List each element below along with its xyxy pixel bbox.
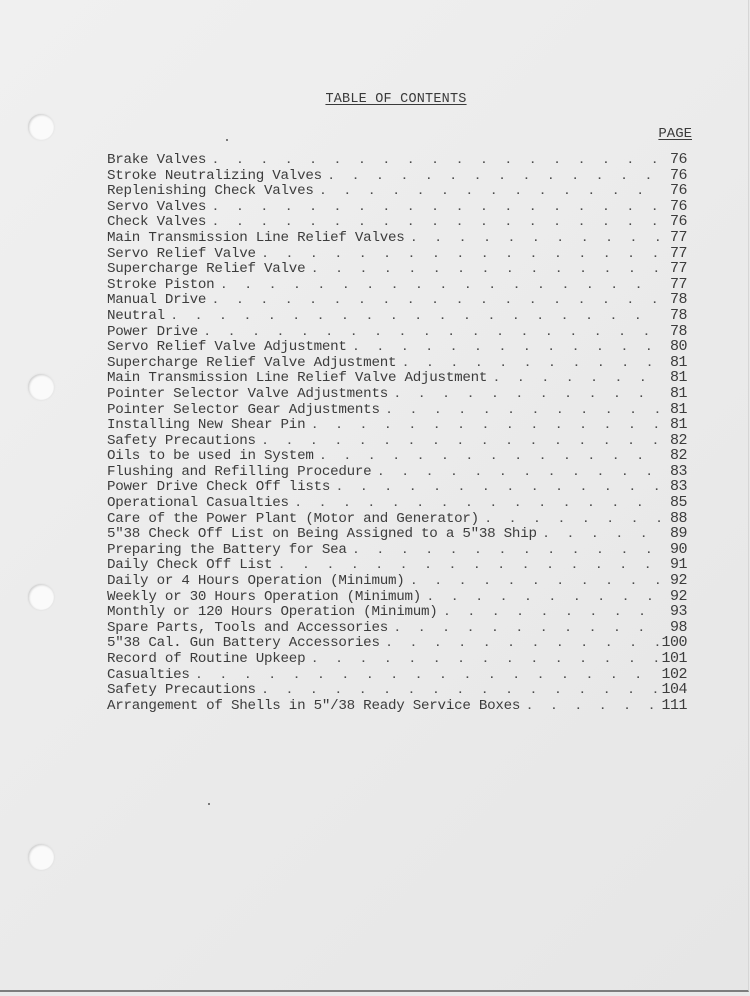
page-title: TABLE OF CONTENTS <box>0 92 750 107</box>
page-column-header: PAGE <box>658 126 692 142</box>
toc-entry-label: Stroke Piston <box>107 278 214 294</box>
dot-leader <box>380 404 661 420</box>
toc-entry-label: Flushing and Refilling Procedure <box>107 465 371 481</box>
toc-entry: Record of Routine Upkeep101 <box>107 651 687 667</box>
dot-leader <box>537 528 661 544</box>
toc-entry-page-number: 80 <box>661 339 687 355</box>
document-page: TABLE OF CONTENTS PAGE Brake Valves76Str… <box>0 0 749 992</box>
dot-leader <box>405 232 662 248</box>
toc-entry-label: Servo Valves <box>107 200 206 216</box>
toc-entry-label: Casualties <box>107 668 190 684</box>
toc-entry: Replenishing Check Valves76 <box>107 183 687 199</box>
toc-entry-label: 5"38 Cal. Gun Battery Accessories <box>107 636 380 652</box>
toc-entry-label: Care of the Power Plant (Motor and Gener… <box>107 512 479 528</box>
toc-entry-label: Manual Drive <box>107 293 206 309</box>
toc-entry: Stroke Piston77 <box>107 277 687 293</box>
toc-entry: Manual Drive78 <box>107 292 687 308</box>
dot-leader <box>322 170 661 186</box>
toc-entry: Supercharge Relief Valve77 <box>107 261 687 277</box>
dot-leader <box>314 185 661 201</box>
toc-entry-label: Main Transmission Line Relief Valves <box>107 231 405 247</box>
toc-entry-page-number: 104 <box>661 682 687 698</box>
dot-leader <box>520 700 661 716</box>
paper-speck <box>208 803 210 805</box>
toc-entry-page-number: 81 <box>661 417 687 433</box>
toc-entry-page-number: 78 <box>661 308 687 324</box>
toc-entry: Spare Parts, Tools and Accessories98 <box>107 620 687 636</box>
toc-entry-page-number: 90 <box>661 542 687 558</box>
dot-leader <box>256 248 661 264</box>
toc-entry-page-number: 82 <box>661 433 687 449</box>
toc-entry-page-number: 81 <box>661 355 687 371</box>
toc-entry-page-number: 88 <box>661 511 687 527</box>
toc-entry: Neutral78 <box>107 308 687 324</box>
dot-leader <box>330 481 661 497</box>
toc-entry-page-number: 83 <box>661 464 687 480</box>
dot-leader <box>438 606 661 622</box>
toc-entry-label: Servo Relief Valve Adjustment <box>107 340 347 356</box>
toc-entry-label: Operational Casualties <box>107 496 289 512</box>
dot-leader <box>380 637 661 653</box>
dot-leader <box>421 591 661 607</box>
dot-leader <box>214 279 661 295</box>
toc-entry-page-number: 78 <box>661 324 687 340</box>
toc-entry-label: Supercharge Relief Valve Adjustment <box>107 356 396 372</box>
toc-entry-label: Safety Precautions <box>107 683 256 699</box>
toc-entry: Servo Valves76 <box>107 199 687 215</box>
toc-entry: Check Valves76 <box>107 214 687 230</box>
toc-entry: Safety Precautions82 <box>107 433 687 449</box>
toc-entry-label: Weekly or 30 Hours Operation (Minimum) <box>107 590 421 606</box>
toc-entry-page-number: 81 <box>661 402 687 418</box>
toc-entry-page-number: 81 <box>661 370 687 386</box>
toc-entry-page-number: 91 <box>661 557 687 573</box>
toc-entry-label: Installing New Shear Pin <box>107 418 305 434</box>
toc-entry-page-number: 76 <box>661 152 687 168</box>
toc-entry-page-number: 77 <box>661 246 687 262</box>
binder-hole <box>28 844 54 870</box>
toc-entry-label: Replenishing Check Valves <box>107 184 314 200</box>
toc-entry-label: Neutral <box>107 309 165 325</box>
toc-entry-label: Safety Precautions <box>107 434 256 450</box>
toc-entry: Power Drive Check Off lists83 <box>107 479 687 495</box>
toc-entry: Main Transmission Line Relief Valves77 <box>107 230 687 246</box>
toc-entry-label: Pointer Selector Gear Adjustments <box>107 403 380 419</box>
toc-entry-page-number: 78 <box>661 292 687 308</box>
toc-entry: Daily Check Off List91 <box>107 557 687 573</box>
dot-leader <box>388 388 661 404</box>
toc-entry-page-number: 98 <box>661 620 687 636</box>
toc-entry-page-number: 76 <box>661 183 687 199</box>
toc-entry: 5"38 Check Off List on Being Assigned to… <box>107 526 687 542</box>
toc-entry: Main Transmission Line Relief Valve Adju… <box>107 370 687 386</box>
paper-speck <box>226 139 228 141</box>
toc-entry: Oils to be used in System82 <box>107 448 687 464</box>
toc-entry-page-number: 102 <box>661 667 687 683</box>
binder-hole <box>28 584 54 610</box>
dot-leader <box>305 419 661 435</box>
toc-entry-label: Power Drive <box>107 325 198 341</box>
toc-entry: Power Drive78 <box>107 324 687 340</box>
toc-entry-page-number: 101 <box>661 651 687 667</box>
toc-entry-page-number: 83 <box>661 479 687 495</box>
binder-hole <box>28 374 54 400</box>
toc-entry-label: Preparing the Battery for Sea <box>107 543 347 559</box>
toc-entry: Daily or 4 Hours Operation (Minimum)92 <box>107 573 687 589</box>
toc-entry-page-number: 89 <box>661 526 687 542</box>
toc-entry-page-number: 76 <box>661 199 687 215</box>
toc-entry: Safety Precautions104 <box>107 682 687 698</box>
toc-entry-page-number: 93 <box>661 604 687 620</box>
toc-entry: Servo Relief Valve77 <box>107 246 687 262</box>
toc-entry-page-number: 111 <box>661 698 687 714</box>
toc-entry-label: Pointer Selector Valve Adjustments <box>107 387 388 403</box>
toc-entry: Casualties102 <box>107 667 687 683</box>
toc-entry-page-number: 76 <box>661 168 687 184</box>
toc-entry-label: Check Valves <box>107 215 206 231</box>
toc-entry-label: 5"38 Check Off List on Being Assigned to… <box>107 527 537 543</box>
toc-entry-label: Monthly or 120 Hours Operation (Minimum) <box>107 605 438 621</box>
toc-entry: Operational Casualties85 <box>107 495 687 511</box>
toc-entry-label: Oils to be used in System <box>107 449 314 465</box>
toc-entry-page-number: 77 <box>661 261 687 277</box>
toc-entry: Arrangement of Shells in 5"/38 Ready Ser… <box>107 698 687 714</box>
dot-leader <box>305 653 661 669</box>
dot-leader <box>206 294 661 310</box>
toc-entry: Preparing the Battery for Sea90 <box>107 542 687 558</box>
toc-entry-page-number: 92 <box>661 589 687 605</box>
toc-entry-label: Supercharge Relief Valve <box>107 262 305 278</box>
dot-leader <box>190 669 661 685</box>
toc-entry: Installing New Shear Pin81 <box>107 417 687 433</box>
toc-entry-page-number: 100 <box>661 635 687 651</box>
toc-entry: Pointer Selector Valve Adjustments81 <box>107 386 687 402</box>
toc-entry: Flushing and Refilling Procedure83 <box>107 464 687 480</box>
toc-entry-label: Daily or 4 Hours Operation (Minimum) <box>107 574 405 590</box>
toc-entry-label: Brake Valves <box>107 153 206 169</box>
toc-entry: Servo Relief Valve Adjustment80 <box>107 339 687 355</box>
toc-entry: Care of the Power Plant (Motor and Gener… <box>107 511 687 527</box>
toc-entry-label: Daily Check Off List <box>107 558 272 574</box>
toc-entry-page-number: 77 <box>661 277 687 293</box>
dot-leader <box>371 466 661 482</box>
dot-leader <box>256 435 661 451</box>
dot-leader <box>405 575 662 591</box>
dot-leader <box>305 263 661 279</box>
toc-entry: Supercharge Relief Valve Adjustment81 <box>107 355 687 371</box>
toc-entry: Stroke Neutralizing Valves76 <box>107 168 687 184</box>
toc-entry: Pointer Selector Gear Adjustments81 <box>107 402 687 418</box>
toc-entry: Brake Valves76 <box>107 152 687 168</box>
toc-entry-label: Servo Relief Valve <box>107 247 256 263</box>
toc-entry-page-number: 82 <box>661 448 687 464</box>
toc-entry-page-number: 85 <box>661 495 687 511</box>
toc-entry-label: Spare Parts, Tools and Accessories <box>107 621 388 637</box>
binder-hole <box>28 114 54 140</box>
toc-entry: Weekly or 30 Hours Operation (Minimum)92 <box>107 589 687 605</box>
toc-entry-label: Power Drive Check Off lists <box>107 480 330 496</box>
toc-entry: 5"38 Cal. Gun Battery Accessories100 <box>107 635 687 651</box>
table-of-contents: Brake Valves76Stroke Neutralizing Valves… <box>107 152 687 713</box>
toc-entry-page-number: 81 <box>661 386 687 402</box>
toc-entry-label: Arrangement of Shells in 5"/38 Ready Ser… <box>107 699 520 715</box>
toc-entry: Monthly or 120 Hours Operation (Minimum)… <box>107 604 687 620</box>
toc-entry-label: Record of Routine Upkeep <box>107 652 305 668</box>
toc-entry-page-number: 76 <box>661 214 687 230</box>
toc-entry-label: Main Transmission Line Relief Valve Adju… <box>107 371 487 387</box>
dot-leader <box>347 544 661 560</box>
dot-leader <box>206 201 661 217</box>
dot-leader <box>388 622 661 638</box>
toc-entry-page-number: 92 <box>661 573 687 589</box>
toc-entry-label: Stroke Neutralizing Valves <box>107 169 322 185</box>
dot-leader <box>487 372 661 388</box>
dot-leader <box>165 310 661 326</box>
toc-entry-page-number: 77 <box>661 230 687 246</box>
